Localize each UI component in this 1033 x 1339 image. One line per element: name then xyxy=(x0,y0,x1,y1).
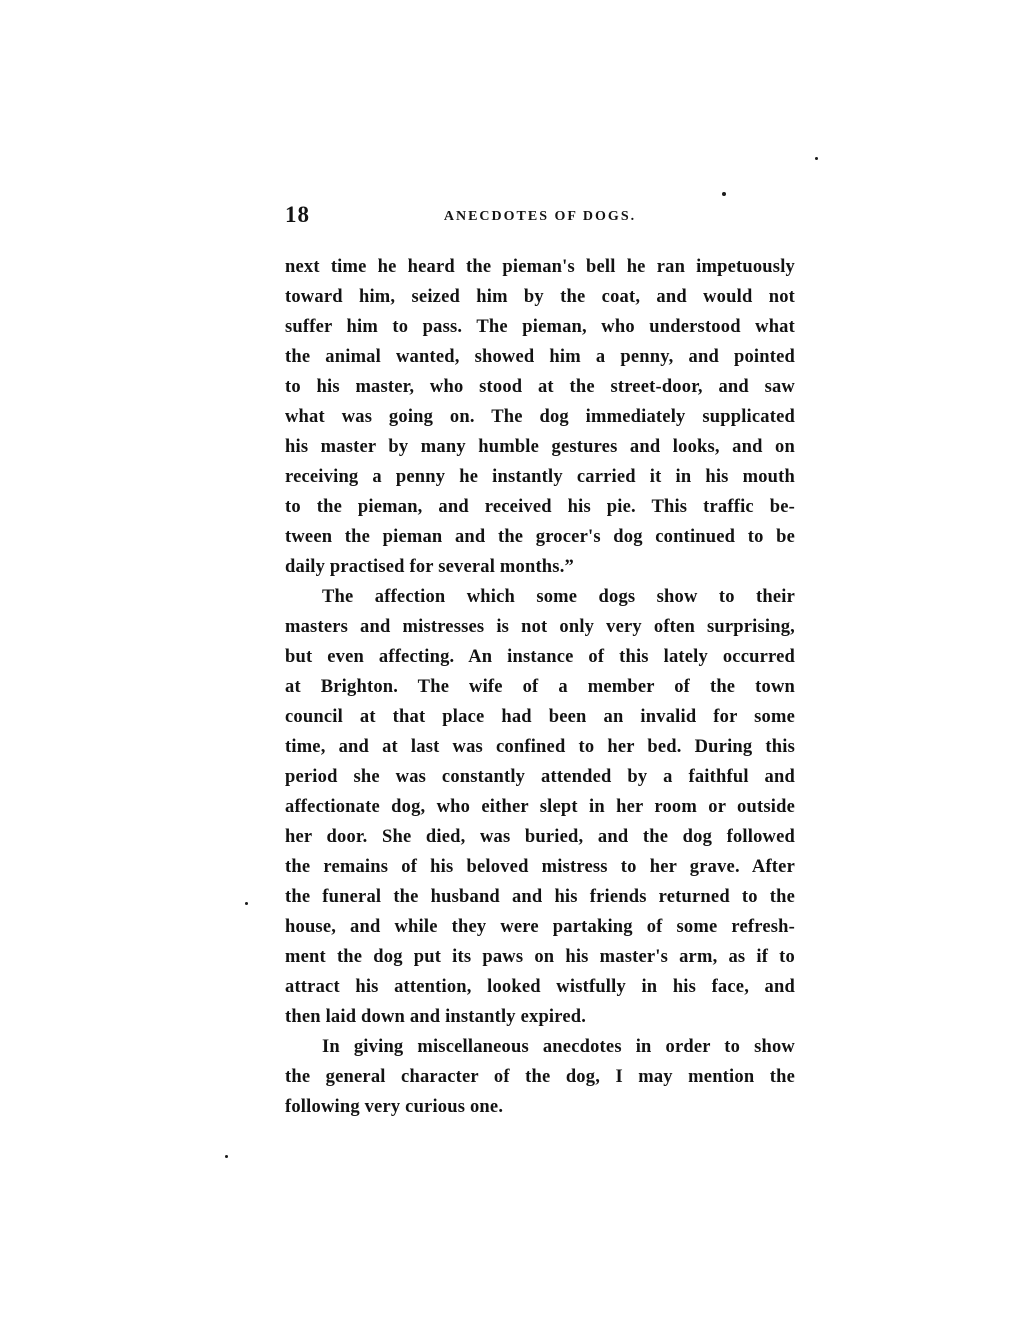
text-line: affectionate dog, who either slept in he… xyxy=(285,792,795,822)
text-line: house, and while they were partaking of … xyxy=(285,912,795,942)
text-line: the animal wanted, showed him a penny, a… xyxy=(285,342,795,372)
text-line: but even affecting. An instance of this … xyxy=(285,642,795,672)
text-line: masters and mistresses is not only very … xyxy=(285,612,795,642)
scan-speck xyxy=(245,902,248,905)
text-line: to his master, who stood at the street-d… xyxy=(285,372,795,402)
text-line: receiving a penny he instantly carried i… xyxy=(285,462,795,492)
text-line: the remains of his beloved mistress to h… xyxy=(285,852,795,882)
text-line: suffer him to pass. The pieman, who unde… xyxy=(285,312,795,342)
text-line: next time he heard the pieman's bell he … xyxy=(285,252,795,282)
scan-speck xyxy=(722,192,726,196)
text-line: what was going on. The dog immediately s… xyxy=(285,402,795,432)
text-block: next time he heard the pieman's bell he … xyxy=(285,252,795,1122)
paragraph: The affection which some dogs show to th… xyxy=(285,582,795,1032)
text-line: attract his attention, looked wistfully … xyxy=(285,972,795,1002)
text-line: toward him, seized him by the coat, and … xyxy=(285,282,795,312)
text-line: his master by many humble gestures and l… xyxy=(285,432,795,462)
paragraph: next time he heard the pieman's bell he … xyxy=(285,252,795,582)
text-line: the general character of the dog, I may … xyxy=(285,1062,795,1092)
running-title: ANECDOTES OF DOGS. xyxy=(285,209,795,225)
text-line: time, and at last was confined to her be… xyxy=(285,732,795,762)
book-page: 18 ANECDOTES OF DOGS. next time he heard… xyxy=(0,0,1033,1339)
text-line: period she was constantly attended by a … xyxy=(285,762,795,792)
text-line: tween the pieman and the grocer's dog co… xyxy=(285,522,795,552)
text-line: to the pieman, and received his pie. Thi… xyxy=(285,492,795,522)
scan-speck xyxy=(815,157,818,160)
text-line: ment the dog put its paws on his master'… xyxy=(285,942,795,972)
paragraph: In giving miscellaneous anecdotes in ord… xyxy=(285,1032,795,1122)
text-line: then laid down and instantly expired. xyxy=(285,1002,795,1032)
page-header: 18 ANECDOTES OF DOGS. xyxy=(285,202,795,230)
text-line: following very curious one. xyxy=(285,1092,795,1122)
text-line: at Brighton. The wife of a member of the… xyxy=(285,672,795,702)
text-line: daily practised for several months.” xyxy=(285,552,795,582)
text-line: her door. She died, was buried, and the … xyxy=(285,822,795,852)
text-line: council at that place had been an invali… xyxy=(285,702,795,732)
text-line: the funeral the husband and his friends … xyxy=(285,882,795,912)
text-line: The affection which some dogs show to th… xyxy=(285,582,795,612)
scan-speck xyxy=(225,1155,228,1158)
text-line: In giving miscellaneous anecdotes in ord… xyxy=(285,1032,795,1062)
